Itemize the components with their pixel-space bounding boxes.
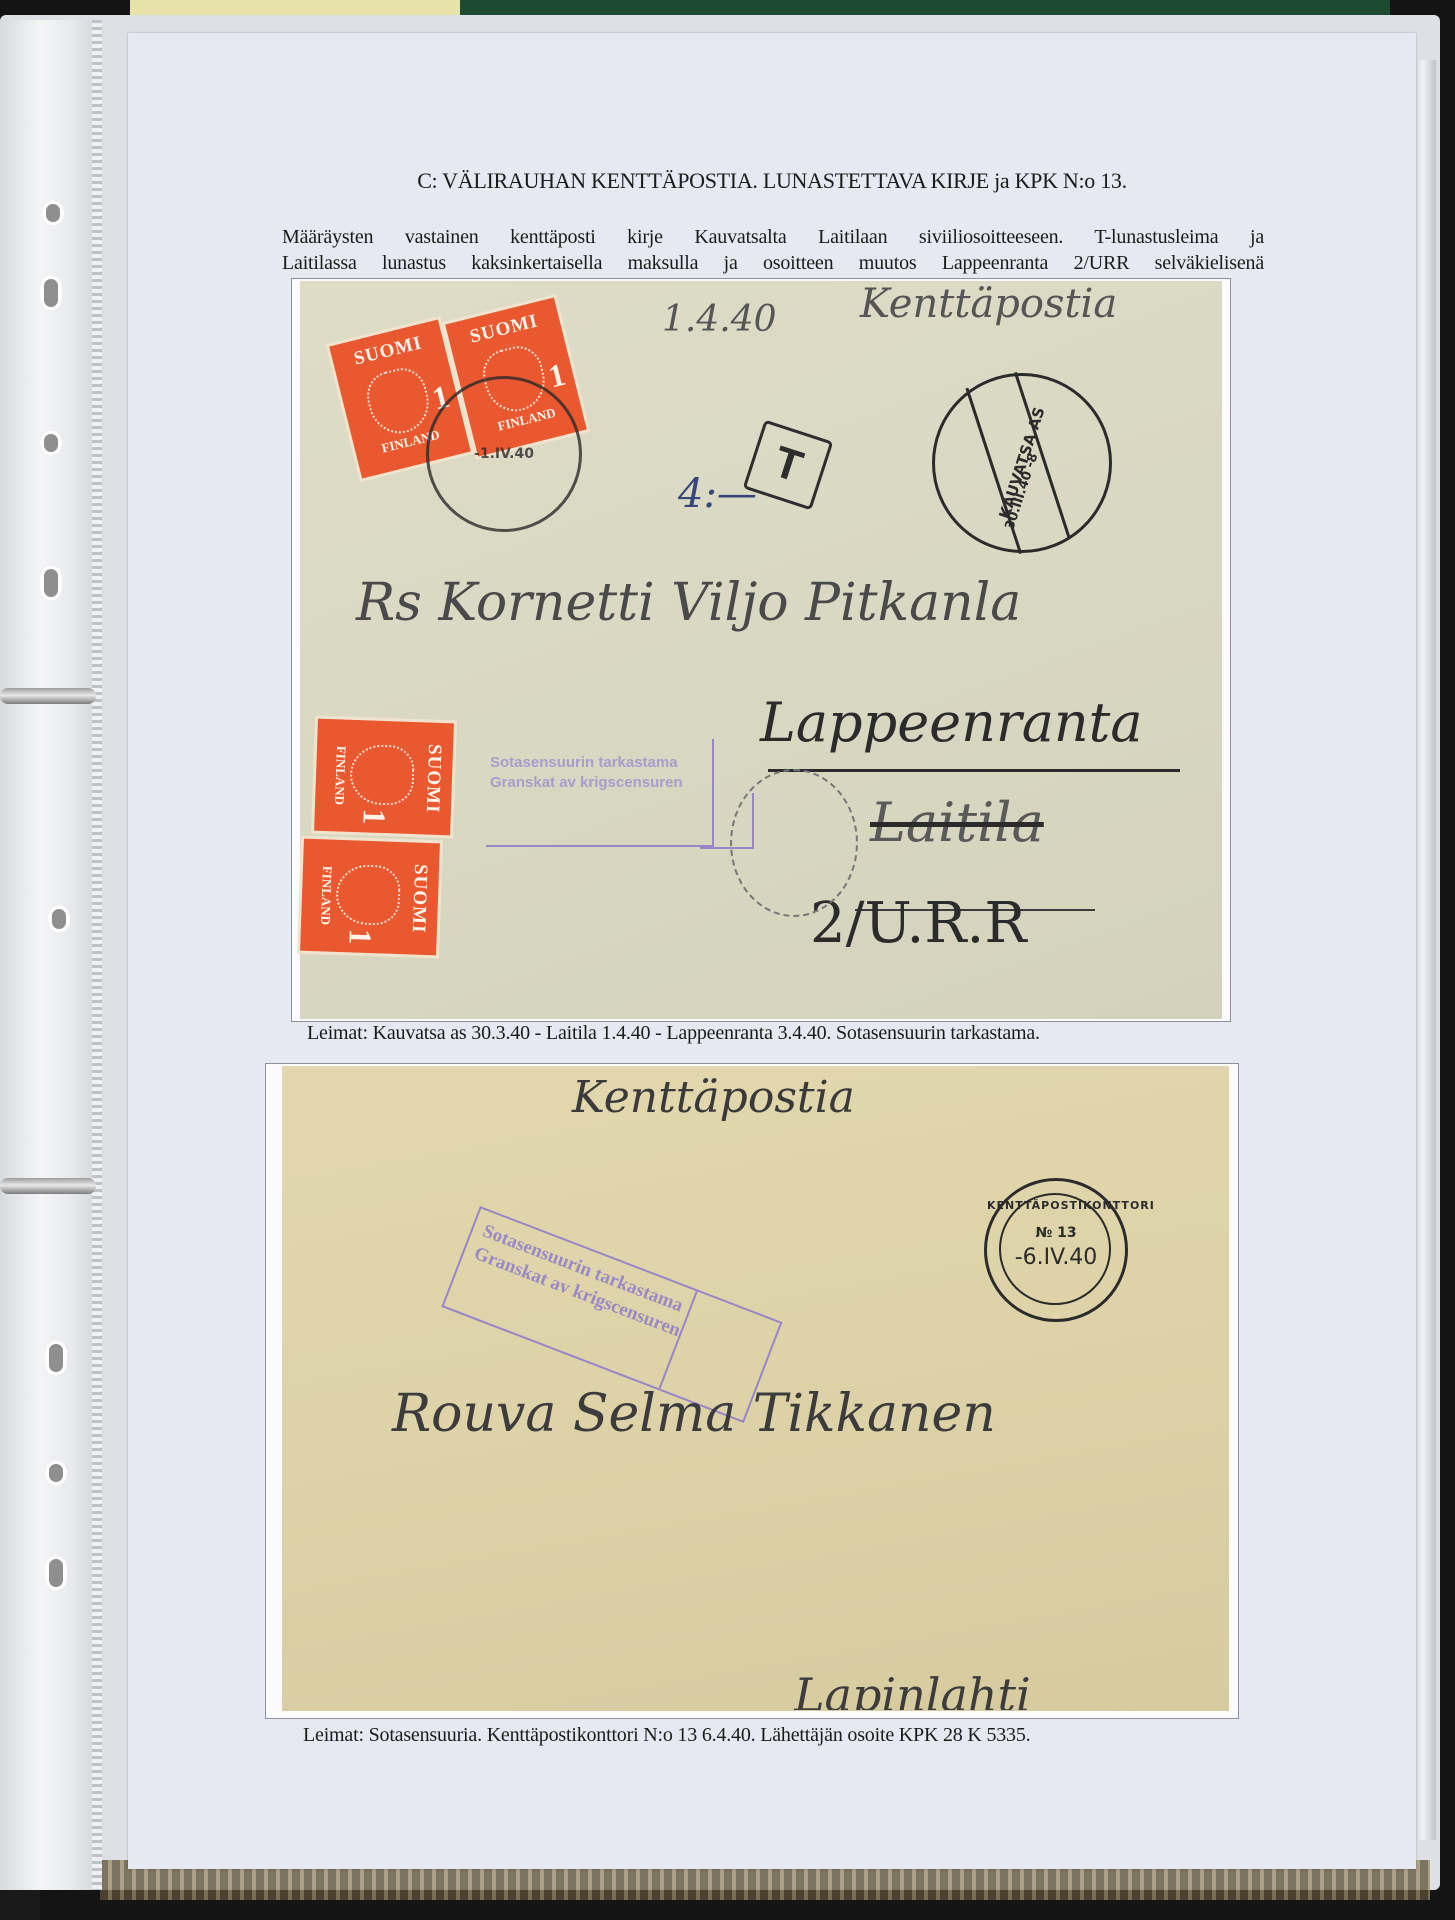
cover1-caption: Leimat: Kauvatsa as 30.3.40 - Laitila 1.…	[307, 1022, 1040, 1045]
punch-hole	[40, 565, 62, 601]
punch-hole	[48, 905, 70, 933]
handwritten-header: Kenttäpostia	[860, 281, 1117, 327]
censor-box: Sotasensuurin tarkastama Granskat av kri…	[486, 739, 714, 847]
handwritten-header: Kenttäpostia	[572, 1072, 855, 1123]
lion-emblem-icon	[335, 864, 401, 926]
punch-hole	[42, 200, 64, 226]
punch-hole	[45, 1555, 67, 1591]
postmark-kauvatsa: KAUVATSA AS 30.III.40 -8	[932, 373, 1112, 553]
cover2-envelope: Kenttäpostia Sotasensuurin tarkastama Gr…	[282, 1066, 1229, 1711]
handwritten-addressee: Rouva Selma Tikkanen	[392, 1384, 996, 1444]
intro-line: Laitilassa lunastus kaksinkertaisella ma…	[282, 250, 1264, 276]
stamp: SUOMI1FINLAND	[314, 719, 454, 836]
stamp: SUOMI1FINLAND	[300, 839, 440, 956]
handwritten-address-line1: Rs Kornetti Viljo Pitkanla	[356, 573, 1021, 633]
punch-hole	[40, 275, 62, 311]
postmark-lappeenranta	[730, 769, 858, 917]
cover2-caption: Leimat: Sotasensuuria. Kenttäpostikontto…	[303, 1724, 1030, 1747]
page-title: C: VÄLIRAUHAN KENTTÄPOSTIA. LUNASTETTAVA…	[128, 168, 1416, 194]
handwritten-struck-address: Laitila	[870, 791, 1044, 854]
handwritten-date: 1.4.40	[662, 299, 777, 340]
lion-emblem-icon	[362, 363, 436, 440]
cover1-envelope: SUOMI1FINLAND SUOMI1FINLAND -1.IV.40 SUO…	[300, 281, 1222, 1019]
lion-emblem-icon	[349, 744, 415, 806]
intro-text: Määräysten vastainen kenttäposti kirje K…	[282, 224, 1264, 276]
handwritten-fee: 4:—	[678, 471, 757, 517]
postmark-kpk13: KENTTÄPOSTIKONTTORI № 13 -6.IV.40	[984, 1178, 1128, 1322]
underline	[768, 769, 1180, 772]
postmark-laitila: -1.IV.40	[426, 376, 582, 532]
punch-hole	[45, 1460, 67, 1486]
punch-hole	[40, 430, 62, 456]
sleeve-perforation	[92, 20, 102, 1890]
binder-ring	[0, 1178, 96, 1194]
handwritten-address-line3: 2/U.R.R	[810, 891, 1026, 956]
punch-hole	[45, 1340, 67, 1376]
intro-line: Määräysten vastainen kenttäposti kirje K…	[282, 224, 1264, 250]
handwritten-address-line2: Lappeenranta	[760, 691, 1143, 754]
handwritten-town: Lapinlahti	[794, 1668, 1031, 1710]
binder-ring	[0, 688, 96, 704]
